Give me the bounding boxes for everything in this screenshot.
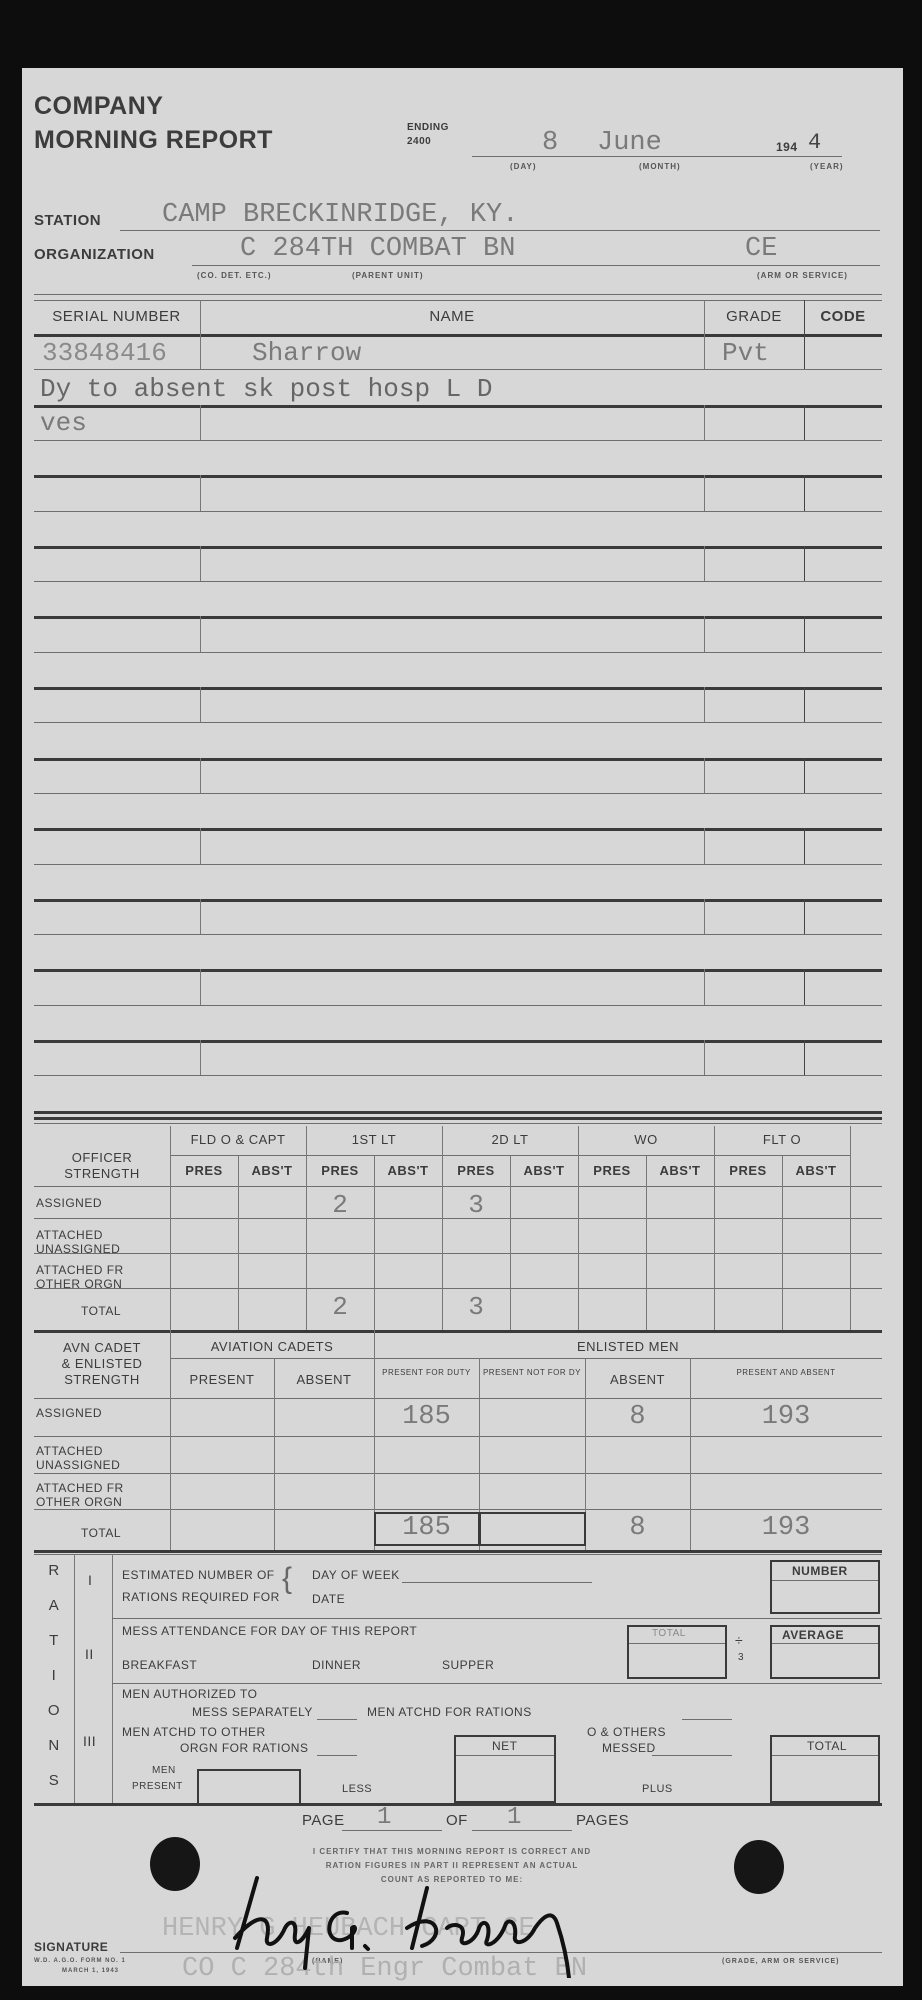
entry-line xyxy=(34,687,882,690)
entry-line xyxy=(34,793,882,794)
entry-line xyxy=(34,1075,882,1076)
men-present-box xyxy=(197,1769,301,1805)
col-divider xyxy=(704,687,705,722)
officer-group-header: WO xyxy=(578,1132,714,1147)
officer-subcol-header: PRES xyxy=(578,1163,646,1178)
entry-serial: 33848416 xyxy=(42,338,167,368)
col-divider xyxy=(200,969,201,1005)
entry-line xyxy=(34,1040,882,1043)
entry-remark-2: ves xyxy=(40,408,87,438)
month-caption: (MONTH) xyxy=(639,162,681,171)
officer-value: 2 xyxy=(306,1190,374,1220)
enlisted-strength-title: AVN CADET& ENLISTEDSTRENGTH xyxy=(34,1340,170,1388)
enlisted-col-header: PRESENT NOT FOR DY xyxy=(479,1366,585,1380)
entry-line xyxy=(34,899,882,902)
entry-line xyxy=(34,546,882,549)
number-label: NUMBER xyxy=(792,1564,848,1578)
col-grade: GRADE xyxy=(704,308,804,325)
entry-line xyxy=(34,828,882,831)
station-value: CAMP BRECKINRIDGE, KY. xyxy=(162,200,518,230)
enlisted-row-label: TOTAL xyxy=(36,1526,166,1540)
officer-row-label: ATTACHED UNASSIGNED xyxy=(36,1228,166,1256)
form-title-line2: MORNING REPORT xyxy=(34,126,273,155)
plus-label: PLUS xyxy=(642,1783,673,1795)
col-divider xyxy=(200,899,201,934)
page-label: PAGE xyxy=(302,1812,345,1829)
col-divider xyxy=(804,828,805,864)
officer-value: 3 xyxy=(442,1190,510,1220)
dinner-label: DINNER xyxy=(312,1658,361,1672)
col-divider xyxy=(200,546,201,581)
col-divider xyxy=(200,405,201,440)
supper-label: SUPPER xyxy=(442,1658,494,1672)
entry-line xyxy=(34,405,882,408)
aviation-cadets-header: AVIATION CADETS xyxy=(170,1339,374,1354)
officer-subcol-header: PRES xyxy=(306,1163,374,1178)
enlisted-col-header: PRESENT xyxy=(170,1370,274,1389)
form-id: W.D. A.G.O. FORM NO. 1 xyxy=(34,1958,126,1964)
average-label: AVERAGE xyxy=(782,1628,844,1642)
officer-subcol-header: ABS'T xyxy=(646,1163,714,1178)
officer-subcol-header: ABS'T xyxy=(238,1163,306,1178)
col-divider xyxy=(704,475,705,511)
net-label: NET xyxy=(492,1739,518,1753)
station-label: STATION xyxy=(34,212,101,229)
section-numeral: I xyxy=(88,1572,92,1588)
rations-label: ESTIMATED NUMBER OF xyxy=(122,1568,275,1582)
officer-subcol-header: PRES xyxy=(442,1163,510,1178)
page-number: 1 xyxy=(377,1804,391,1831)
entry-grade: Pvt xyxy=(722,338,769,368)
enlisted-value: 193 xyxy=(690,1402,882,1432)
ending-time: 2400 xyxy=(407,136,431,147)
col-divider xyxy=(804,758,805,793)
officer-strength-title: OFFICERSTRENGTH xyxy=(34,1150,170,1182)
enlisted-value: 185 xyxy=(374,1402,479,1432)
enlisted-col-header: PRESENT FOR DUTY xyxy=(374,1366,479,1380)
officer-subcol-header: ABS'T xyxy=(510,1163,578,1178)
col-divider xyxy=(704,899,705,934)
enlisted-row-label: ASSIGNED xyxy=(36,1406,166,1420)
ending-label: ENDING xyxy=(407,122,449,133)
entry-line xyxy=(34,616,882,619)
enlisted-value: 8 xyxy=(585,1513,690,1543)
grade-arm-caption: (GRADE, ARM OR SERVICE) xyxy=(722,1958,840,1965)
mess-attendance-label: MESS ATTENDANCE FOR DAY OF THIS REPORT xyxy=(122,1624,417,1638)
rations-side-letter: A xyxy=(36,1597,72,1614)
organization-label: ORGANIZATION xyxy=(34,246,155,263)
col-divider xyxy=(200,616,201,652)
handwritten-signature xyxy=(217,1868,737,1978)
organization-value: C 284TH COMBAT BN xyxy=(240,234,515,264)
col-divider xyxy=(804,616,805,652)
entry-line xyxy=(34,652,882,653)
enlisted-row-label: ATTACHED FR OTHER ORGN xyxy=(36,1481,166,1509)
officer-row-label: ATTACHED FR OTHER ORGN xyxy=(36,1263,166,1291)
col-divider xyxy=(804,334,805,369)
binder-hole-right xyxy=(734,1840,784,1894)
enlisted-value: 8 xyxy=(585,1402,690,1432)
year-suffix: 4 xyxy=(808,130,821,155)
officer-row-label: TOTAL xyxy=(36,1304,166,1318)
col-divider xyxy=(804,405,805,440)
rations-side-letter: S xyxy=(36,1772,72,1789)
binder-hole-left xyxy=(150,1837,200,1891)
officer-row-label: ASSIGNED xyxy=(36,1196,166,1210)
entry-line xyxy=(34,511,882,512)
total-label: TOTAL xyxy=(652,1628,686,1639)
entry-line xyxy=(34,934,882,935)
col-divider xyxy=(704,334,705,369)
day-caption: (DAY) xyxy=(510,162,536,171)
day-of-week-label: DAY OF WEEK xyxy=(312,1568,400,1582)
col-divider xyxy=(804,969,805,1005)
entry-line xyxy=(34,864,882,865)
o-others-label: MESSED xyxy=(602,1741,656,1755)
atchd-other-label: MEN ATCHD TO OTHER xyxy=(122,1725,266,1739)
officer-group-header: 1ST LT xyxy=(306,1132,442,1147)
col-divider xyxy=(200,687,201,722)
enlisted-col-header: ABSENT xyxy=(274,1370,374,1389)
rations-side-letter: I xyxy=(36,1667,72,1684)
col-divider xyxy=(804,546,805,581)
col-divider xyxy=(804,1040,805,1075)
officer-subcol-header: ABS'T xyxy=(374,1163,442,1178)
enlisted-col-header: ABSENT xyxy=(585,1370,690,1389)
col-divider xyxy=(804,687,805,722)
form-title-line1: COMPANY xyxy=(34,92,163,121)
pages-label: PAGES xyxy=(576,1812,629,1829)
col-divider xyxy=(200,1040,201,1075)
entry-line xyxy=(34,369,882,370)
enlisted-col-header: PRESENT AND ABSENT xyxy=(690,1366,882,1380)
enlisted-value: 185 xyxy=(374,1513,479,1543)
officer-group-header: FLT O xyxy=(714,1132,850,1147)
entry-remark-1: Dy to absent sk post hosp L D xyxy=(40,374,492,404)
entry-line xyxy=(34,440,882,441)
atchd-other-label: ORGN FOR RATIONS xyxy=(180,1741,308,1755)
entry-line xyxy=(34,969,882,972)
col-divider xyxy=(704,300,705,334)
entry-line xyxy=(34,581,882,582)
section-numeral: II xyxy=(85,1646,94,1662)
parent-unit-caption: (PARENT UNIT) xyxy=(352,271,424,280)
breakfast-label: BREAKFAST xyxy=(122,1658,197,1672)
col-serial-number: SERIAL NUMBER xyxy=(34,308,199,325)
col-divider xyxy=(704,1040,705,1075)
col-divider xyxy=(200,475,201,511)
entry-line xyxy=(34,1005,882,1006)
officer-group-header: FLD O & CAPT xyxy=(170,1132,306,1147)
enlisted-row-label: ATTACHED UNASSIGNED xyxy=(36,1444,166,1472)
entry-line xyxy=(34,758,882,761)
divide-sign: ÷ xyxy=(735,1632,743,1648)
col-divider xyxy=(200,300,201,334)
signature-label: SIGNATURE xyxy=(34,1940,108,1954)
col-divider xyxy=(704,828,705,864)
morning-report-form: COMPANY MORNING REPORT ENDING 2400 8 Jun… xyxy=(22,68,903,1986)
officer-subcol-header: ABS'T xyxy=(782,1163,850,1178)
officer-subcol-header: PRES xyxy=(714,1163,782,1178)
col-divider xyxy=(704,969,705,1005)
col-code: CODE xyxy=(804,308,882,325)
men-present-label: MEN xyxy=(152,1765,176,1776)
col-name: NAME xyxy=(200,308,704,325)
rations-side-letter: R xyxy=(36,1562,72,1579)
rations-label: RATIONS REQUIRED FOR xyxy=(122,1590,280,1604)
officer-group-header: 2D LT xyxy=(442,1132,578,1147)
auth-label: MESS SEPARATELY xyxy=(192,1705,313,1719)
col-divider xyxy=(804,475,805,511)
entry-name: Sharrow xyxy=(252,338,361,368)
o-others-label: O & OTHERS xyxy=(587,1725,666,1739)
col-divider xyxy=(704,758,705,793)
brace: { xyxy=(282,1562,293,1596)
arm-value: CE xyxy=(745,234,777,264)
rations-side-letter: N xyxy=(36,1737,72,1754)
officer-value: 2 xyxy=(306,1292,374,1322)
section-numeral: III xyxy=(83,1733,96,1749)
date-label: DATE xyxy=(312,1592,345,1606)
enlisted-men-header: ENLISTED MEN xyxy=(374,1339,882,1354)
co-caption: (CO. DET. ETC.) xyxy=(197,271,272,280)
entry-line xyxy=(34,722,882,723)
report-day: 8 xyxy=(542,128,558,158)
year-prefix: 194 xyxy=(776,140,798,154)
col-divider xyxy=(804,300,805,334)
col-divider xyxy=(200,334,201,369)
men-present-label: PRESENT xyxy=(132,1781,183,1792)
rations-side-letter: T xyxy=(36,1632,72,1649)
divisor: 3 xyxy=(738,1652,744,1663)
rations-side-letter: O xyxy=(36,1702,72,1719)
col-divider xyxy=(704,616,705,652)
less-label: LESS xyxy=(342,1783,372,1795)
total-label: TOTAL xyxy=(807,1739,847,1753)
form-date: MARCH 1, 1943 xyxy=(62,1968,119,1974)
report-month: June xyxy=(597,128,662,158)
arm-caption: (ARM OR SERVICE) xyxy=(757,271,848,280)
col-divider xyxy=(704,405,705,440)
col-divider xyxy=(704,546,705,581)
enlisted-value: 193 xyxy=(690,1513,882,1543)
of-label: OF xyxy=(446,1812,468,1829)
page-total: 1 xyxy=(507,1804,521,1831)
auth-label: MEN AUTHORIZED TO xyxy=(122,1687,257,1701)
col-divider xyxy=(200,758,201,793)
entry-line xyxy=(34,475,882,478)
officer-value: 3 xyxy=(442,1292,510,1322)
entry-line xyxy=(34,1111,882,1114)
col-divider xyxy=(804,899,805,934)
col-divider xyxy=(200,828,201,864)
total-box-not-duty xyxy=(479,1512,586,1546)
officer-subcol-header: PRES xyxy=(170,1163,238,1178)
year-caption: (YEAR) xyxy=(810,162,844,171)
atchd-label: MEN ATCHD FOR RATIONS xyxy=(367,1705,532,1719)
